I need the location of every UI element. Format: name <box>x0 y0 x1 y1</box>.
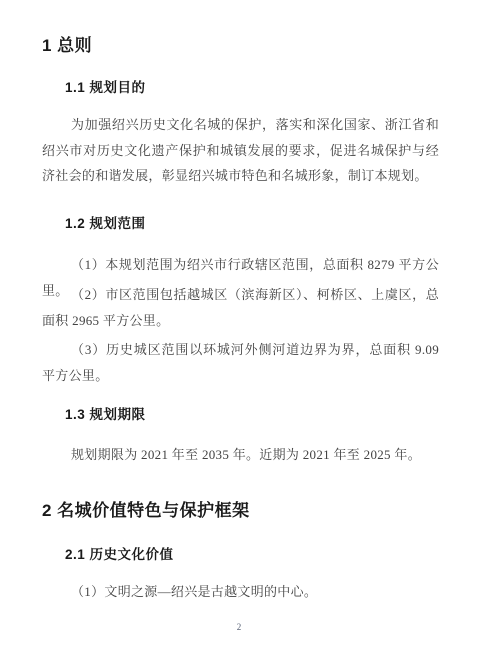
paragraph-value-item-1: （1）文明之源—绍兴是古越文明的中心。 <box>42 579 439 605</box>
paragraph-planning-purpose: 为加强绍兴历史文化名城的保护，落实和深化国家、浙江省和绍兴市对历史文化遗产保护和… <box>42 112 439 189</box>
page-number: 2 <box>0 622 478 632</box>
chapter-heading-general-provisions: 1 总则 <box>42 35 92 57</box>
paragraph-scope-item-3: （3）历史城区范围以环城河外侧河道边界为界，总面积 9.09 平方公里。 <box>42 337 439 388</box>
paragraph-scope-item-2: （2）市区范围包括越城区（滨海新区）、柯桥区、上虞区，总面积 2965 平方公里… <box>42 282 439 333</box>
section-heading-planning-purpose: 1.1 规划目的 <box>65 79 146 97</box>
section-heading-planning-scope: 1.2 规划范围 <box>65 215 146 233</box>
section-heading-planning-period: 1.3 规划期限 <box>65 406 146 424</box>
paragraph-planning-period: 规划期限为 2021 年至 2035 年。近期为 2021 年至 2025 年。 <box>42 442 439 468</box>
document-page: 1 总则 1.1 规划目的 为加强绍兴历史文化名城的保护，落实和深化国家、浙江省… <box>0 0 478 654</box>
chapter-heading-city-value-framework: 2 名城价值特色与保护框架 <box>42 500 250 522</box>
section-heading-historic-cultural-value: 2.1 历史文化价值 <box>65 546 174 564</box>
